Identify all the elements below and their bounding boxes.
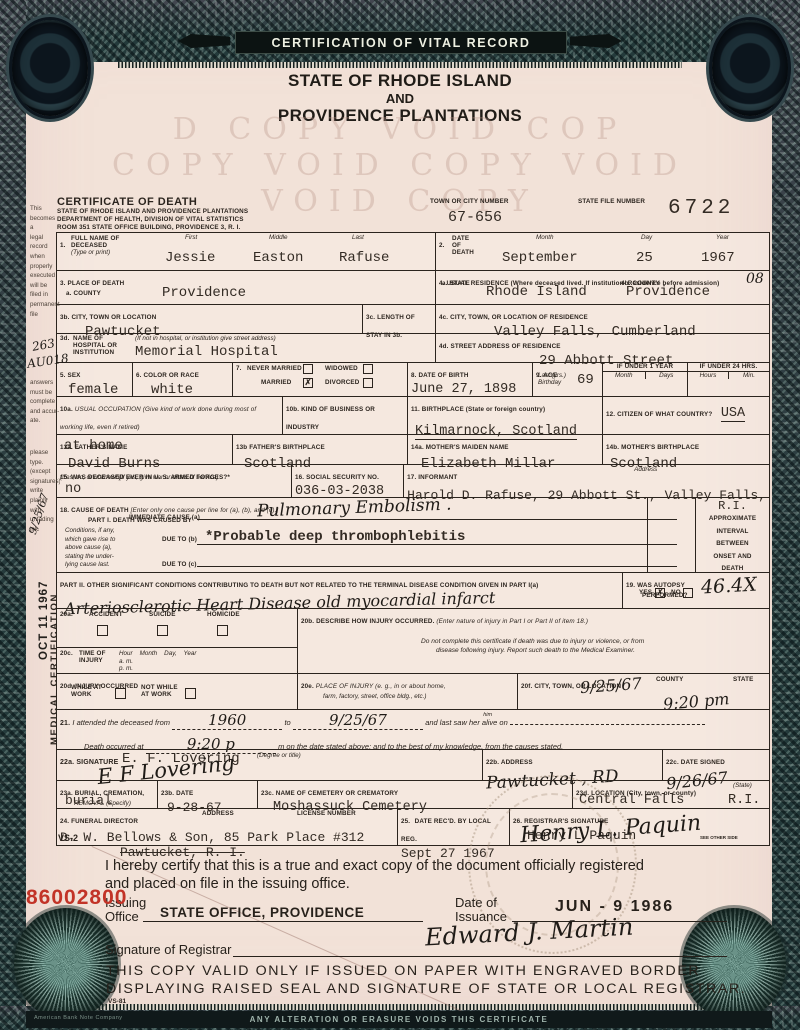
- margin-note-complete: answers must be complete and accur- ate.: [30, 378, 60, 436]
- field-number: 20a.: [60, 611, 73, 619]
- heading-line1: STATE OF RHODE ISLAND: [0, 71, 800, 91]
- field-label: ADDRESS: [501, 759, 533, 766]
- state-file-number-value: 6722: [668, 197, 734, 220]
- birth-date-value: June 27, 1898: [411, 382, 529, 397]
- attended-from-handwriting: 1960: [208, 711, 246, 729]
- immediate-cause-label: IMMEDIATE CAUSE (a): [129, 514, 200, 522]
- field-number: 24.: [60, 818, 69, 825]
- date-of-issuance-label: Date of: [455, 895, 497, 910]
- time-columns: Hour Month Day, Year: [119, 650, 196, 657]
- checkbox-autopsy-no: [683, 588, 693, 598]
- field-label: IF UNDER 1 YEAR: [603, 363, 687, 372]
- field-number: 3c.: [366, 314, 375, 321]
- field-number: 23c.: [261, 790, 274, 797]
- last-name-value: Rafuse: [339, 250, 389, 266]
- field-label: DATE OF BIRTH: [418, 372, 468, 379]
- field-number: 6.: [136, 372, 142, 379]
- field-label: KIND OF BUSINESS OR INDUSTRY: [286, 406, 375, 431]
- void-watermark: D COPY VOID COP: [0, 112, 800, 147]
- form-subtitle-2: DEPARTMENT OF HEALTH, DIVISION OF VITAL …: [57, 216, 248, 224]
- field-occupation: 10a. USUAL OCCUPATION (Give kind of work…: [57, 397, 282, 434]
- field-label: COLOR OR RACE: [143, 372, 198, 379]
- dashed-line: 1960: [172, 711, 282, 730]
- field-label: INFORMANT: [418, 474, 457, 481]
- field-number: 10a.: [60, 406, 73, 413]
- death-certificate-scan: CERTIFICATION OF VITAL RECORD STATE OF R…: [0, 0, 800, 1030]
- field-date-of-birth: 8. DATE OF BIRTH June 27, 1898: [407, 363, 532, 396]
- middle-name-value: Easton: [253, 250, 303, 266]
- field-under-one-year: IF UNDER 1 YEAR Month Days: [602, 363, 687, 396]
- field-ssn: 16. SOCIAL SECURITY NO. 036-03-2038: [291, 465, 403, 497]
- field-label: MOTHER'S BIRTHPLACE: [621, 444, 699, 451]
- interval-label: APPROXIMATE INTERVAL BETWEEN ONSET AND D…: [699, 513, 766, 576]
- checkbox-widowed: [363, 364, 373, 374]
- form-subtitle-1: STATE OF RHODE ISLAND AND PROVIDENCE PLA…: [57, 208, 248, 216]
- field-number: 4c.: [439, 314, 448, 321]
- him-superscript: him: [483, 712, 492, 718]
- border-rule-top: [118, 62, 682, 68]
- field-label: PLACE OF INJURY (e. g., in or about home…: [316, 683, 446, 690]
- field-hint: (If yes, give war or dates of service): [119, 474, 218, 481]
- checkbox-autopsy-yes-checked: ✗: [655, 588, 665, 598]
- option-no: NO: [671, 589, 681, 597]
- pm-label: p. m.: [119, 665, 133, 672]
- field-number: 11.: [411, 406, 420, 413]
- autopsy-handwriting: 46.4X: [700, 574, 757, 599]
- field-label: FATHER'S NAME: [75, 444, 128, 451]
- option-while-at-work: WORK: [71, 691, 92, 699]
- column-middle: Middle: [269, 234, 288, 241]
- form-header: CERTIFICATE OF DEATH STATE OF RHODE ISLA…: [57, 196, 248, 232]
- form-number-vs81: VS-81: [108, 998, 126, 1005]
- field-number: 20b.: [301, 618, 314, 625]
- column-min: Min.: [729, 372, 769, 379]
- field-informant: 17. INFORMANT Address Harold D. Rafuse, …: [403, 465, 769, 497]
- certify-text-line2: and placed on file in the issuing office…: [105, 876, 350, 892]
- field-label: STREET ADDRESS OF RESIDENCE: [450, 343, 560, 350]
- field-full-name: 1. FULL NAME OF DECEASED (Type or print)…: [57, 233, 435, 270]
- handwritten-mark: 08: [746, 271, 764, 287]
- field-label: DESCRIBE HOW INJURY OCCURRED.: [316, 618, 434, 625]
- field-place-of-injury: 20e. PLACE OF INJURY (e. g., in or about…: [297, 674, 517, 709]
- field-part2-conditions: PART II. OTHER SIGNIFICANT CONDITIONS CO…: [57, 573, 622, 608]
- county-label: COUNTY: [656, 676, 684, 684]
- column-last: Last: [352, 234, 364, 241]
- field-cause-of-death: 18. CAUSE OF DEATH [Enter only one cause…: [57, 498, 647, 572]
- checkbox-homicide: [217, 625, 228, 636]
- dashed-line: 9/25/67: [293, 711, 423, 730]
- attended-text: to: [284, 718, 290, 727]
- field-label: FATHER'S BIRTHPLACE: [249, 444, 325, 451]
- option-never-married: NEVER MARRIED: [247, 365, 302, 373]
- field-number: 12.: [606, 411, 615, 418]
- field-label: INSTITUTION: [73, 349, 114, 357]
- burial-value: burial: [65, 793, 112, 808]
- field-label: CITY, TOWN OR LOCATION: [71, 314, 156, 321]
- signature-of-registrar-label: Signature of Registrar: [105, 942, 231, 957]
- see-other-side-label: SEE OTHER SIDE: [700, 835, 738, 840]
- field-father-birthplace: 13b FATHER'S BIRTHPLACE Scotland: [232, 435, 407, 464]
- field-accident-suicide-homicide: 20a. ACCIDENT SUICIDE HOMICIDE: [57, 609, 297, 647]
- field-armed-forces: 15. WAS DECEASED EVER IN U. S. ARMED FOR…: [57, 465, 291, 497]
- option-homicide: HOMICIDE: [207, 611, 240, 619]
- death-year-value: 1967: [701, 250, 735, 266]
- field-number: 1.: [60, 242, 66, 249]
- town-number-value: 67-656: [448, 209, 509, 226]
- cemetery-state-value: R.I.: [728, 793, 760, 808]
- field-sex: 5. SEX female: [57, 363, 132, 396]
- option-widowed: WIDOWED: [325, 365, 358, 373]
- injury-date-handwriting: 9/25/67: [579, 674, 642, 697]
- field-number: 13b: [236, 444, 247, 451]
- field-number: 14a.: [411, 444, 424, 451]
- issuing-office-value: STATE OFFICE, PROVIDENCE: [160, 905, 364, 920]
- field-hint: Birthday: [538, 379, 561, 386]
- option-accident: ACCIDENT: [89, 611, 123, 619]
- field-number: 25.: [401, 818, 410, 825]
- field-label: SEX: [67, 372, 80, 379]
- residence-state-value: Rhode Island: [486, 284, 587, 300]
- death-county-value: Providence: [162, 285, 246, 301]
- field-number: 3.: [60, 280, 66, 287]
- field-father-name: 13a. FATHER'S NAME David Burns: [57, 435, 232, 464]
- field-hint: (If not in hospital, or institution give…: [135, 335, 276, 342]
- option-suicide: SUICIDE: [149, 611, 176, 619]
- void-watermark: COPY VOID COPY VOID: [0, 148, 800, 183]
- checkbox-married-checked: ✗: [303, 378, 313, 388]
- registrar-signature-line: [233, 956, 727, 957]
- field-label: INJURY: [79, 657, 103, 665]
- field-date-of-death: 2. DATE OF DEATH Month Day Year Septembe…: [435, 233, 769, 270]
- validity-statement-line1: THIS COPY VALID ONLY IF ISSUED ON PAPER …: [106, 963, 700, 979]
- field-label: DATE SIGNED: [681, 759, 725, 766]
- field-age: 9. AGE Last (yrs.) Birthday 69: [532, 363, 602, 396]
- field-hint: (Yes, no, or unknown): [60, 474, 121, 481]
- am-label: a. m.: [119, 658, 133, 665]
- field-label: DEATH: [452, 249, 474, 257]
- field-hospital: 3d. NAME OF HOSPITAL OR INSTITUTION (If …: [57, 334, 435, 362]
- field-place-of-death: 3. PLACE OF DEATH a. COUNTY Providence: [57, 271, 435, 304]
- due-to-c-label: DUE TO (c): [162, 561, 197, 569]
- column-hours: Hours: [688, 372, 729, 379]
- field-number: 18.: [60, 507, 69, 514]
- armed-forces-value: no: [65, 482, 81, 497]
- form-number-vs2: VS-2: [58, 833, 78, 843]
- option-married: MARRIED: [261, 379, 291, 387]
- funeral-director-value: D. W. Bellows & Son, 85 Park Place #312: [60, 830, 394, 845]
- column-month: Month: [536, 234, 554, 241]
- field-mother-birthplace: 14b. MOTHER'S BIRTHPLACE Scotland: [602, 435, 769, 464]
- license-label: LICENSE NUMBER: [297, 810, 356, 818]
- field-number: 20e.: [301, 683, 314, 690]
- column-first: First: [185, 234, 197, 241]
- death-day-value: 25: [636, 250, 653, 266]
- margin-note-legal-record: This becomes a legal record when properl…: [30, 204, 60, 334]
- field-physician-signature: 22a. SIGNATURE E. F. Lovering (Degree or…: [57, 750, 482, 780]
- field-label: FUNERAL DIRECTOR: [71, 818, 138, 825]
- field-funeral-director: 24. FUNERAL DIRECTOR ADDRESS LICENSE NUM…: [57, 809, 397, 845]
- state-file-number: STATE FILE NUMBER: [578, 198, 645, 206]
- field-label: (Type or print): [71, 249, 110, 256]
- examiner-note-1: Do not complete this certificate if deat…: [421, 638, 766, 645]
- field-city-town: 3b. CITY, TOWN OR LOCATION Pawtucket: [57, 305, 362, 333]
- field-label: DATE: [176, 790, 193, 797]
- part2-number: PART II.: [60, 582, 85, 589]
- state-label: (State): [733, 782, 752, 789]
- form-title: CERTIFICATE OF DEATH: [57, 196, 248, 208]
- field-describe-injury: 20b. DESCRIBE HOW INJURY OCCURRED. (Ente…: [297, 609, 769, 673]
- field-number: 16.: [295, 474, 304, 481]
- state-label: a. STATE: [442, 280, 470, 288]
- corner-rosette-bottom-left-icon: [14, 908, 118, 1020]
- alteration-warning: ANY ALTERATION OR ERASURE VOIDS THIS CER…: [250, 1015, 549, 1024]
- option-yes: YES: [639, 589, 652, 597]
- field-label: CITIZEN OF WHAT COUNTRY?: [617, 411, 712, 418]
- issuing-office-label: Office: [105, 909, 139, 924]
- option-not-while-at-work: AT WORK: [141, 691, 172, 699]
- field-number: 14b.: [606, 444, 619, 451]
- field-injury-at-work: 20d. INJURY OCCURRED WHILE AT WORK NOT W…: [57, 674, 297, 709]
- red-serial-number: 86002800: [26, 886, 127, 910]
- banner-title: CERTIFICATION OF VITAL RECORD: [272, 36, 531, 50]
- state-file-number-label: STATE FILE NUMBER: [578, 198, 645, 206]
- degree-label: (Degree or title): [257, 752, 301, 759]
- field-race: 6. COLOR OR RACE white: [132, 363, 232, 396]
- field-number: 22a.: [60, 759, 74, 766]
- field-number: 20f.: [521, 683, 532, 690]
- medical-certification-sidebar-label: MEDICAL CERTIFICATION: [49, 593, 60, 745]
- examiner-note-2: disease following injury. Report such de…: [436, 647, 766, 654]
- field-label: BIRTHPLACE (State or foreign country): [422, 406, 545, 413]
- field-attended: 21. I attended the deceased from 1960 to…: [57, 710, 769, 749]
- field-number: 22c.: [666, 759, 679, 766]
- age-value: 69: [577, 372, 594, 388]
- field-number: 4d.: [439, 343, 449, 350]
- address-label: ADDRESS: [202, 810, 234, 818]
- border-rule-bottom: [60, 1004, 740, 1010]
- field-number: 3d.: [60, 335, 70, 343]
- field-usual-residence: 4. USUAL RESIDENCE (Where deceased lived…: [435, 271, 769, 304]
- field-injury-location: 20f. CITY, TOWN, OR LOCATION COUNTY STAT…: [517, 674, 769, 709]
- margin-handwriting: 263: [31, 336, 56, 354]
- column-day: Day: [641, 234, 652, 241]
- checkbox-accident: [97, 625, 108, 636]
- field-birthplace: 11. BIRTHPLACE (State or foreign country…: [407, 397, 602, 434]
- option-divorced: DIVORCED: [325, 379, 359, 387]
- citizen-value: USA: [721, 406, 745, 422]
- attended-to-handwriting: 9/25/67: [329, 711, 387, 729]
- field-number: 7.: [236, 365, 242, 373]
- state-label: STATE: [733, 676, 753, 684]
- field-time-of-injury: 20c. TIME OF INJURY Hour Month Day, Year…: [57, 647, 297, 673]
- death-month-value: September: [502, 250, 578, 266]
- field-number: 23b.: [161, 790, 174, 797]
- field-hint: Last (yrs.): [538, 372, 566, 379]
- field-label: CITY, TOWN, OR LOCATION OF RESIDENCE: [450, 314, 588, 321]
- field-number: 22b.: [486, 759, 499, 766]
- column-year: Year: [716, 234, 729, 241]
- field-label: PLACE OF DEATH: [67, 280, 124, 287]
- bank-note-printer-label: American Bank Note Company: [34, 1015, 123, 1021]
- address-label: Address: [634, 466, 657, 473]
- issuing-office-line: [143, 921, 423, 922]
- field-number: 21.: [60, 720, 70, 727]
- field-marital-status: 7. NEVER MARRIED WIDOWED MARRIED ✗ DIVOR…: [232, 363, 407, 396]
- validity-statement-line2: DISPLAYING RAISED SEAL AND SIGNATURE OF …: [106, 981, 746, 997]
- field-label: IF UNDER 24 HRS.: [688, 363, 769, 372]
- cause-b-value: *Probable deep thrombophlebitis: [205, 529, 465, 545]
- field-number: 13a.: [60, 444, 73, 451]
- form-subtitle-3: ROOM 351 STATE OFFICE BUILDING, PROVIDEN…: [57, 224, 248, 232]
- field-number: 3b.: [60, 314, 70, 321]
- first-name-value: Jessie: [165, 250, 215, 266]
- field-length-of-stay: 3c. LENGTH OF STAY IN 3b.: [362, 305, 435, 333]
- field-number: 8.: [411, 372, 417, 379]
- field-label: USUAL OCCUPATION (Give kind of work done…: [60, 406, 256, 431]
- field-under-24-hours: IF UNDER 24 HRS. Hours Min.: [687, 363, 769, 396]
- informant-state-value: R.I.: [699, 499, 766, 513]
- field-number: 2.: [439, 242, 445, 249]
- field-label: NAME OF CEMETERY OR CREMATORY: [276, 790, 398, 797]
- dashed-line: [510, 724, 705, 725]
- certify-text-line1: I hereby certify that this is a true and…: [105, 858, 644, 874]
- field-number: 10b.: [286, 406, 299, 413]
- attended-text: I attended the deceased from: [72, 718, 170, 727]
- checkbox-not-while-at-work: [185, 688, 196, 699]
- checkbox-suicide: [157, 625, 168, 636]
- field-label: SOCIAL SECURITY NO.: [306, 474, 379, 481]
- field-hint: (Enter nature of injury in Part I or Par…: [436, 618, 588, 625]
- field-mother-name: 14a. MOTHER'S MAIDEN NAME Elizabeth Mill…: [407, 435, 602, 464]
- certificate-form: 1. FULL NAME OF DECEASED (Type or print)…: [56, 232, 770, 846]
- field-industry: 10b. KIND OF BUSINESS OR INDUSTRY: [282, 397, 407, 434]
- town-number: TOWN OR CITY NUMBER 67-656: [430, 198, 509, 226]
- field-street-address: 4d. STREET ADDRESS OF RESIDENCE 29 Abbot…: [435, 334, 769, 362]
- field-number: 20c.: [60, 650, 73, 658]
- field-burial-date: 23b. DATE 9-28-67: [157, 781, 257, 808]
- field-physician-address: 22b. ADDRESS Pawtucket , RD: [482, 750, 662, 780]
- column-days: Days: [646, 372, 688, 379]
- county-label: a. COUNTY: [66, 290, 432, 298]
- field-residence-location: 4c. CITY, TOWN, OR LOCATION OF RESIDENCE…: [435, 305, 769, 333]
- town-number-label: TOWN OR CITY NUMBER: [430, 198, 509, 206]
- interval-blank-column: [647, 498, 695, 572]
- checkbox-divorced: [363, 378, 373, 388]
- checkbox-never-married: [303, 364, 313, 374]
- field-autopsy: 19. WAS AUTOPSY PERFORMED? YES ✗ NO 46.4…: [622, 573, 769, 608]
- field-label: farm, factory, street, office bldg., etc…: [323, 693, 514, 700]
- checkbox-while-at-work: [115, 688, 126, 699]
- field-number: 19.: [626, 582, 635, 589]
- field-number: 5.: [60, 372, 66, 379]
- due-to-b-label: DUE TO (b): [162, 536, 197, 544]
- cause-line-c: [197, 566, 677, 567]
- field-number: 17.: [407, 474, 416, 481]
- heading-line2: AND: [0, 91, 800, 106]
- column-month: Month: [603, 372, 646, 379]
- field-citizen: 12. CITIZEN OF WHAT COUNTRY? USA: [602, 397, 769, 434]
- conditions-note: Conditions, if any, which gave rise to a…: [65, 527, 155, 570]
- field-label: CAUSE OF DEATH: [71, 507, 129, 514]
- field-date-signed: 22c. DATE SIGNED 9/26/67: [662, 750, 769, 780]
- hospital-value: Memorial Hospital: [135, 344, 278, 360]
- bottom-security-band: ANY ALTERATION OR ERASURE VOIDS THIS CER…: [26, 1011, 772, 1028]
- certification-banner: CERTIFICATION OF VITAL RECORD: [235, 31, 567, 54]
- interval-column: R.I. APPROXIMATE INTERVAL BETWEEN ONSET …: [695, 498, 769, 572]
- residence-county-value: Providence: [626, 284, 710, 300]
- attended-text: himand last saw her alive on: [425, 718, 508, 727]
- field-label: MOTHER'S MAIDEN NAME: [426, 444, 509, 451]
